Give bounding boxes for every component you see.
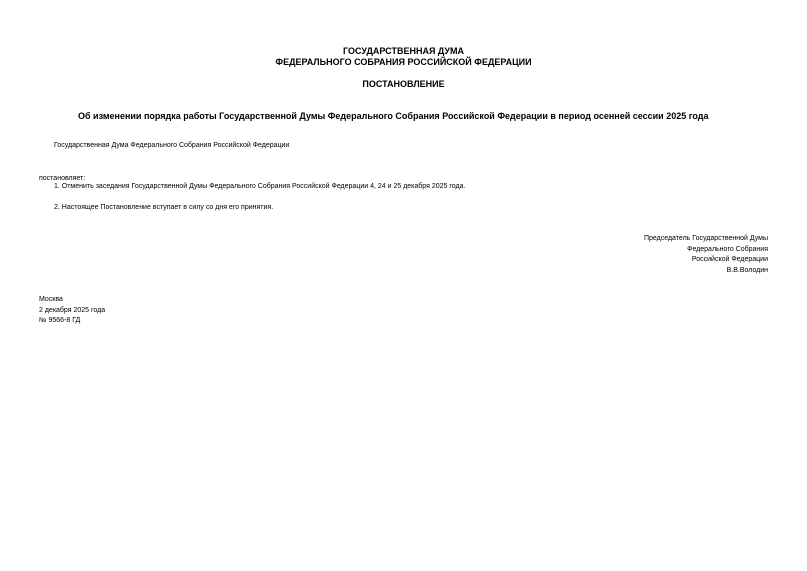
signature-position-line2: Федерального Собрания [644, 245, 768, 256]
signature-position-line1: Председатель Государственной Думы [644, 234, 768, 245]
signature-position-line3: Российской Федерации [644, 255, 768, 266]
document-footer: Москва 2 декабря 2025 года № 9566-8 ГД [39, 295, 105, 327]
footer-date: 2 декабря 2025 года [39, 306, 105, 317]
footer-number: № 9566-8 ГД [39, 316, 105, 327]
issuer-text: Государственная Дума Федерального Собран… [54, 141, 289, 150]
organization-name-line2: ФЕДЕРАЛЬНОГО СОБРАНИЯ РОССИЙСКОЙ ФЕДЕРАЦ… [0, 57, 807, 68]
document-title: Об изменении порядка работы Государствен… [78, 111, 708, 122]
resolution-item-2: 2. Настоящее Постановление вступает в си… [54, 203, 273, 212]
signatory-name: В.В.Володин [644, 266, 768, 277]
footer-city: Москва [39, 295, 105, 306]
organization-name-line1: ГОСУДАРСТВЕННАЯ ДУМА [0, 46, 807, 57]
document-type: ПОСТАНОВЛЕНИЕ [0, 79, 807, 90]
signature-block: Председатель Государственной Думы Федера… [644, 234, 768, 276]
resolution-item-1: 1. Отменить заседания Государственной Ду… [54, 182, 465, 191]
